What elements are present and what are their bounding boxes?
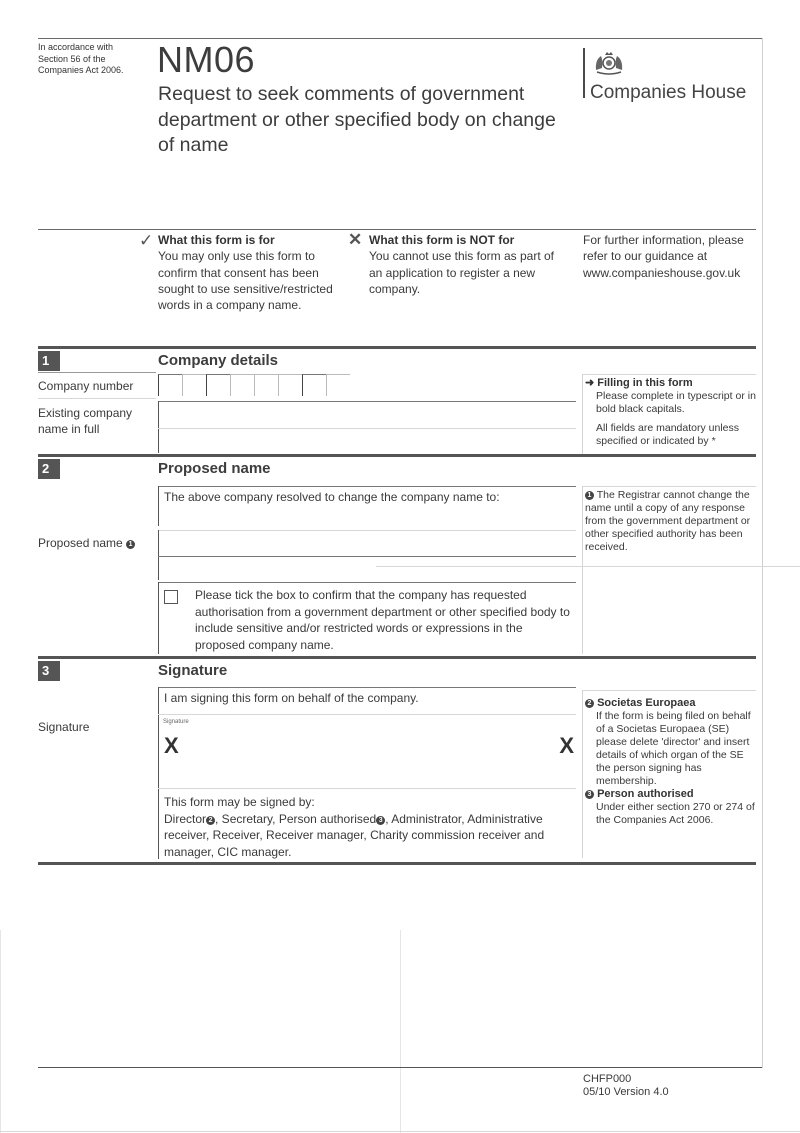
signature-box[interactable]: Signature X X xyxy=(160,716,574,786)
digit-box[interactable] xyxy=(278,374,302,396)
note-body: If the form is being filed on behalf of … xyxy=(585,710,757,788)
legal-line: Section 56 of the xyxy=(38,54,124,66)
authorisation-text: Please tick the box to confirm that the … xyxy=(195,587,571,653)
existing-name-line-1[interactable] xyxy=(160,403,574,426)
form-title: Request to seek comments of government d… xyxy=(158,82,568,159)
signature-mark-icon: X xyxy=(164,733,179,759)
field-edge xyxy=(158,401,159,453)
digit-box[interactable] xyxy=(206,374,230,396)
note-body: The Registrar cannot change the name unt… xyxy=(585,489,750,553)
field-edge xyxy=(158,486,159,526)
note-ref-3-icon: 3 xyxy=(376,816,385,825)
note-body: Please complete in typescript or in bold… xyxy=(585,390,757,416)
royal-crest-icon xyxy=(592,48,626,76)
signature-caption: Signature xyxy=(163,719,189,725)
divider xyxy=(158,401,576,402)
section-1-number: 1 xyxy=(38,351,60,371)
filling-in-note: ➜ Filling in this form Please complete i… xyxy=(585,377,757,448)
digit-box[interactable] xyxy=(254,374,278,396)
form-code: NM06 xyxy=(157,40,255,80)
section-3-number: 3 xyxy=(38,661,60,681)
footer-rule xyxy=(38,1067,762,1068)
intro-rule xyxy=(38,229,756,230)
note-ref-1-icon: 1 xyxy=(126,540,135,549)
signature-label: Signature xyxy=(38,719,89,735)
person-authorised-note: 3 Person authorised Under either section… xyxy=(585,788,757,827)
section-2-rule xyxy=(38,454,756,457)
divider xyxy=(582,690,583,858)
note-ref-2-icon: 2 xyxy=(585,699,594,708)
form-is-for: What this form is for You may only use t… xyxy=(158,232,338,313)
divider xyxy=(582,374,583,454)
authorisation-checkbox[interactable] xyxy=(164,590,178,604)
divider xyxy=(158,530,576,531)
section-1-label-rule xyxy=(38,372,156,373)
section-3-title: Signature xyxy=(158,662,227,679)
company-number-label: Company number xyxy=(38,378,133,394)
digit-box[interactable] xyxy=(158,374,182,396)
check-icon: ✓ xyxy=(139,231,153,251)
footer-code: CHFP000 xyxy=(583,1073,669,1086)
section-end-rule xyxy=(38,862,756,865)
divider xyxy=(158,556,576,557)
divider xyxy=(583,486,756,487)
section-1-title: Company details xyxy=(158,352,278,369)
footer-version: 05/10 Version 4.0 xyxy=(583,1086,669,1099)
section-1-rule xyxy=(38,346,756,349)
proposed-name-line-1[interactable] xyxy=(160,532,574,554)
section-3-rule xyxy=(38,656,756,659)
note-ref-3-icon: 3 xyxy=(585,790,594,799)
digit-box[interactable] xyxy=(326,374,350,396)
field-edge xyxy=(158,530,159,580)
proposed-name-label: Proposed name 1 xyxy=(38,535,135,551)
note-heading: Societas Europaea xyxy=(597,697,695,709)
divider xyxy=(158,582,576,583)
divider xyxy=(158,714,576,715)
registrar-note: 1 The Registrar cannot change the name u… xyxy=(585,489,757,554)
page-border xyxy=(762,38,763,1068)
note-heading: Filling in this form xyxy=(597,377,692,389)
declaration-text: I am signing this form on behalf of the … xyxy=(164,690,419,707)
form-not-for-body: You cannot use this form as part of an a… xyxy=(369,249,554,296)
existing-name-line-2[interactable] xyxy=(160,430,574,452)
further-info: For further information, please refer to… xyxy=(583,232,753,281)
field-edge xyxy=(158,582,159,654)
divider xyxy=(158,486,576,487)
divider xyxy=(376,566,800,567)
form-not-for: What this form is NOT for You cannot use… xyxy=(369,232,559,297)
proposed-name-line-2[interactable] xyxy=(160,558,574,580)
note-ref-1-icon: 1 xyxy=(585,491,594,500)
divider xyxy=(38,398,156,399)
section-2-title: Proposed name xyxy=(158,460,271,477)
proposed-name-label-text: Proposed name xyxy=(38,536,123,550)
divider xyxy=(158,687,576,688)
digit-box[interactable] xyxy=(302,374,326,396)
company-number-input[interactable] xyxy=(158,374,350,396)
form-is-for-body: You may only use this form to confirm th… xyxy=(158,249,333,312)
note-heading: Person authorised xyxy=(597,788,694,800)
resolution-text: The above company resolved to change the… xyxy=(164,489,500,506)
legal-line: Companies Act 2006. xyxy=(38,65,124,77)
signature-mark-icon: X xyxy=(559,733,574,759)
section-2-number: 2 xyxy=(38,459,60,479)
signed-by-intro: This form may be signed by: xyxy=(164,794,576,811)
top-rule xyxy=(38,38,762,39)
divider xyxy=(158,428,576,429)
page-bottom-edge xyxy=(0,1131,800,1132)
digit-box[interactable] xyxy=(230,374,254,396)
divider xyxy=(583,690,756,691)
divider xyxy=(582,486,583,654)
signer-director: Director xyxy=(164,812,206,826)
footer: CHFP000 05/10 Version 4.0 xyxy=(583,1073,669,1099)
signed-by-text: This form may be signed by: Director2, S… xyxy=(164,794,576,860)
page-fold xyxy=(400,930,401,1133)
logo-divider xyxy=(583,48,585,98)
logo-text: Companies House xyxy=(590,82,746,104)
field-edge xyxy=(158,687,159,859)
note-ref-2-icon: 2 xyxy=(206,816,215,825)
societas-europaea-note: 2 Societas Europaea If the form is being… xyxy=(585,697,757,788)
note-body: All fields are mandatory unless specifie… xyxy=(585,422,757,448)
arrow-right-icon: ➜ xyxy=(585,377,594,389)
legal-reference: In accordance with Section 56 of the Com… xyxy=(38,42,124,77)
page-edge xyxy=(0,930,1,1133)
divider xyxy=(583,374,756,375)
signer-list: , Secretary, Person authorised xyxy=(215,812,376,826)
form-is-for-heading: What this form is for xyxy=(158,233,275,247)
existing-name-label: Existing company name in full xyxy=(38,405,148,437)
form-not-for-heading: What this form is NOT for xyxy=(369,233,514,247)
cross-icon: ✕ xyxy=(348,230,362,250)
divider xyxy=(158,788,576,789)
legal-line: In accordance with xyxy=(38,42,124,54)
note-body: Under either section 270 or 274 of the C… xyxy=(585,801,757,827)
digit-box[interactable] xyxy=(182,374,206,396)
